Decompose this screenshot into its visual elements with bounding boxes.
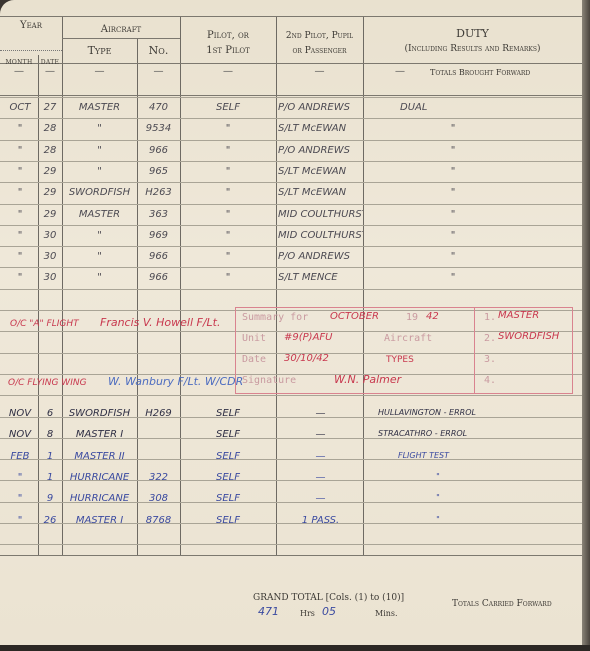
row-rule	[0, 161, 582, 162]
cell-no: 363	[137, 209, 180, 220]
cell-type: "	[62, 145, 137, 156]
types-label: TYPES	[386, 355, 414, 365]
cell-month: "	[2, 145, 38, 156]
cell-second: S/LT McEWAN	[278, 166, 363, 177]
row-rule	[0, 544, 582, 545]
cell-second: P/O ANDREWS	[278, 251, 363, 262]
summary-month: OCTOBER	[330, 311, 379, 322]
cell-date: 29	[38, 166, 62, 177]
type-1-name: MASTER	[498, 310, 539, 321]
cell-second: S/LT McEWAN	[278, 187, 363, 198]
year-dotted-rule	[0, 50, 62, 52]
type-3-number: 3.	[484, 354, 496, 365]
cell-month: "	[2, 272, 38, 283]
type-2-number: 2.	[484, 333, 496, 344]
duty-header: DUTY	[363, 28, 582, 40]
cell-pilot: "	[180, 251, 276, 262]
cell-month: FEB	[2, 451, 38, 462]
cell-type: "	[62, 251, 137, 262]
no-header: No.	[137, 45, 180, 57]
cell-pilot: SELF	[180, 493, 276, 504]
cell-second: —	[278, 408, 363, 419]
totals-carried-forward: Totals Carried Forward	[452, 599, 552, 609]
cell-pilot: "	[180, 187, 276, 198]
cell-duty: "	[363, 230, 543, 241]
cell-date: 26	[38, 515, 62, 526]
header-mid-rule	[0, 63, 582, 64]
summary-stamp: Summary for OCTOBER 19 42 Unit #9(P)AFU …	[235, 307, 573, 394]
cell-second: P/O ANDREWS	[278, 145, 363, 156]
cell-no: 9534	[137, 123, 180, 134]
cell-duty: "	[363, 209, 543, 220]
month-dash: —	[0, 66, 38, 77]
cell-pilot: SELF	[180, 102, 276, 113]
cell-second: —	[278, 493, 363, 504]
cell-month: "	[2, 187, 38, 198]
cell-second: —	[278, 472, 363, 483]
table-bottom-rule	[0, 555, 582, 556]
row-rule	[0, 118, 582, 119]
row-rule	[0, 182, 582, 183]
cell-type: "	[62, 272, 137, 283]
cell-pilot: "	[180, 145, 276, 156]
cell-month: "	[2, 472, 38, 483]
cell-duty: STRACATHRO - ERROL	[378, 429, 498, 438]
grand-total-label: GRAND TOTAL [Cols. (1) to (10)]	[253, 593, 404, 603]
oc-wing-label: O/C FLYING WING	[8, 378, 87, 388]
cell-second: S/LT MENCE	[278, 272, 363, 283]
cell-duty: "	[363, 145, 543, 156]
second-dash: —	[276, 66, 363, 77]
second-pilot-header: 2nd Pilot, Pupil	[276, 30, 363, 42]
cell-date: 29	[38, 187, 62, 198]
summary-year-label: 19	[406, 312, 418, 323]
cell-no: H269	[137, 408, 180, 419]
cell-date: 28	[38, 123, 62, 134]
cell-second: 1 PASS.	[278, 515, 363, 526]
cell-no: 966	[137, 145, 180, 156]
oc-wing-signature: W. Wanbury F/Lt. W/CDR	[108, 375, 243, 388]
cell-month: "	[2, 209, 38, 220]
cell-type: "	[62, 166, 137, 177]
row-rule	[0, 140, 582, 141]
cell-no: 966	[137, 272, 180, 283]
totals-brought-forward: Totals Brought Forward	[430, 67, 580, 79]
row-rule	[0, 204, 582, 205]
cell-duty: "	[378, 515, 498, 524]
cell-type: MASTER I	[62, 429, 137, 440]
cell-month: NOV	[2, 429, 38, 440]
type-dash: —	[62, 66, 137, 77]
grand-total-hours: 471	[258, 605, 279, 618]
duty-subheader: (Including Results and Remarks)	[363, 43, 582, 55]
cell-month: "	[2, 123, 38, 134]
cell-duty: "	[363, 272, 543, 283]
header-top-rule	[0, 16, 582, 17]
cell-pilot: "	[180, 166, 276, 177]
cell-type: "	[62, 230, 137, 241]
cell-pilot: SELF	[180, 451, 276, 462]
cell-pilot: "	[180, 272, 276, 283]
aircraft-label: Aircraft	[384, 333, 432, 344]
cell-month: "	[2, 515, 38, 526]
page-bottom-edge	[0, 645, 590, 651]
cell-pilot: SELF	[180, 408, 276, 419]
grand-total-minutes: 05	[322, 605, 336, 618]
cell-duty: FLIGHT TEST	[398, 451, 518, 460]
cell-pilot: "	[180, 123, 276, 134]
date-value: 30/10/42	[284, 353, 329, 364]
date-label: Date	[242, 354, 266, 365]
cell-duty: "	[363, 187, 543, 198]
cell-date: 27	[38, 102, 62, 113]
pilot-dash: —	[180, 66, 276, 77]
cell-no: H263	[137, 187, 180, 198]
cell-date: 1	[38, 472, 62, 483]
unit-label: Unit	[242, 333, 266, 344]
cell-type: SWORDFISH	[62, 187, 137, 198]
type-header: Type	[62, 45, 137, 57]
second-pilot-header-2: or Passenger	[276, 45, 363, 57]
mins-label: Mins.	[375, 609, 398, 618]
cell-second: P/O ANDREWS	[278, 102, 363, 113]
cell-pilot: SELF	[180, 429, 276, 440]
cell-no: 966	[137, 251, 180, 262]
cell-pilot: SELF	[180, 472, 276, 483]
logbook-page: Year MONTH DATE Aircraft Type No. Pilot,…	[0, 0, 582, 645]
type-4-number: 4.	[484, 375, 496, 386]
cell-no: 308	[137, 493, 180, 504]
cell-type: MASTER I	[62, 515, 137, 526]
cell-date: 29	[38, 209, 62, 220]
cell-date: 30	[38, 251, 62, 262]
cell-second: MID COULTHURST	[278, 209, 363, 220]
hours-label: Hrs	[300, 609, 315, 618]
duty-dash: —	[380, 66, 420, 77]
cell-no: 965	[137, 166, 180, 177]
cell-duty: "	[378, 472, 498, 481]
aircraft-header: Aircraft	[62, 24, 180, 36]
row-rule	[0, 97, 582, 98]
cell-duty: "	[363, 251, 543, 262]
cell-duty: "	[378, 493, 498, 502]
cell-month: "	[2, 493, 38, 504]
type-1-number: 1.	[484, 312, 496, 323]
row-rule	[0, 246, 582, 247]
cell-type: MASTER	[62, 102, 137, 113]
row-rule	[0, 395, 582, 396]
cell-no: 322	[137, 472, 180, 483]
cell-date: 6	[38, 408, 62, 419]
cell-month: "	[2, 251, 38, 262]
cell-date: 30	[38, 230, 62, 241]
cell-pilot: "	[180, 209, 276, 220]
cell-month: "	[2, 230, 38, 241]
cell-duty: "	[363, 166, 543, 177]
cell-no: 969	[137, 230, 180, 241]
row-rule	[0, 225, 582, 226]
oc-flight-label: O/C "A" FLIGHT	[10, 319, 79, 329]
header-bottom-rule	[0, 95, 582, 96]
cell-second: —	[278, 451, 363, 462]
unit-value: #9(P)AFU	[284, 332, 333, 343]
year-header: Year	[0, 20, 62, 32]
cell-type: MASTER	[62, 209, 137, 220]
cell-second: MID COULTHURST	[278, 230, 363, 241]
cell-second: S/LT McEWAN	[278, 123, 363, 134]
oc-flight-signature: Francis V. Howell F/Lt.	[100, 316, 221, 329]
summary-label: Summary for	[242, 312, 308, 323]
signature-value: W.N. Palmer	[334, 373, 401, 386]
stamp-divider	[474, 308, 475, 393]
no-dash: —	[137, 66, 180, 77]
pilot-header-2: 1st Pilot	[180, 45, 276, 57]
cell-pilot: SELF	[180, 515, 276, 526]
page-edge	[582, 0, 590, 651]
date-dash: —	[38, 66, 62, 77]
cell-date: 28	[38, 145, 62, 156]
cell-no: 470	[137, 102, 180, 113]
type-2-name: SWORDFISH	[498, 331, 559, 342]
cell-type: "	[62, 123, 137, 134]
cell-pilot: "	[180, 230, 276, 241]
signature-label: Signature	[242, 375, 296, 386]
cell-date: 30	[38, 272, 62, 283]
cell-duty: DUAL	[400, 102, 580, 113]
cell-second: —	[278, 429, 363, 440]
aircraft-rule	[62, 38, 180, 39]
cell-month: NOV	[2, 408, 38, 419]
summary-year: 42	[426, 311, 439, 322]
cell-type: SWORDFISH	[62, 408, 137, 419]
cell-month: OCT	[2, 102, 38, 113]
cell-type: HURRICANE	[62, 472, 137, 483]
cell-duty: HULLAVINGTON - ERROL	[378, 408, 498, 417]
row-rule	[0, 289, 582, 290]
cell-type: MASTER II	[62, 451, 137, 462]
cell-date: 1	[38, 451, 62, 462]
cell-date: 9	[38, 493, 62, 504]
cell-duty: "	[363, 123, 543, 134]
cell-no: 8768	[137, 515, 180, 526]
cell-month: "	[2, 166, 38, 177]
cell-type: HURRICANE	[62, 493, 137, 504]
row-rule	[0, 267, 582, 268]
cell-date: 8	[38, 429, 62, 440]
pilot-header: Pilot, or	[180, 30, 276, 42]
